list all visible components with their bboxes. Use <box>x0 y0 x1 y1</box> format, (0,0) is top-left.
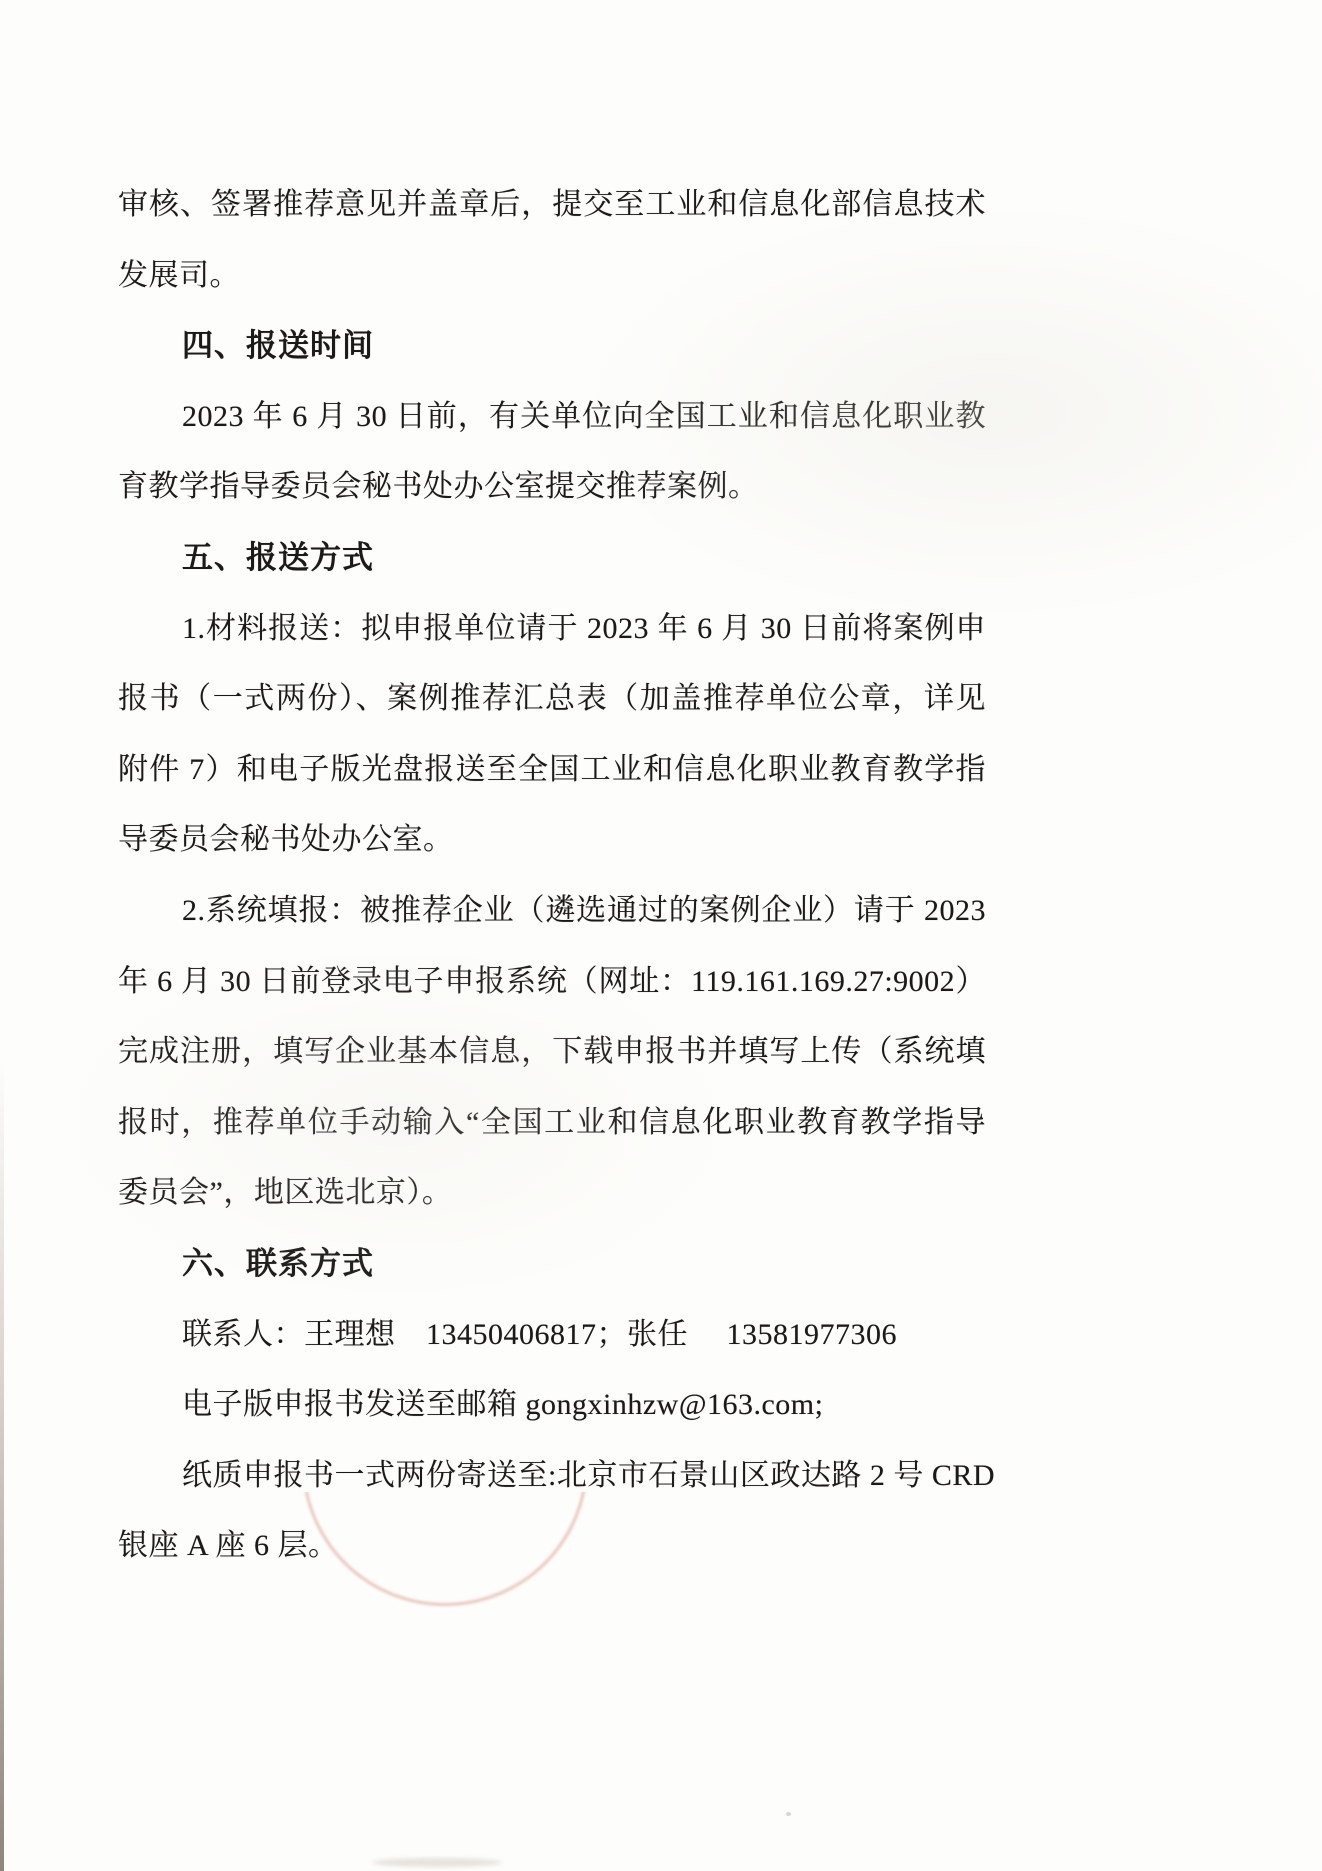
text-line: 年 6 月 30 日前登录电子申报系统（网址：119.161.169.27:90… <box>118 947 986 1018</box>
text-line: 2023 年 6 月 30 日前，有关单位向全国工业和信息化职业教 <box>118 382 986 453</box>
text-line: 完成注册，填写企业基本信息，下载申报书并填写上传（系统填 <box>118 1017 986 1088</box>
text-line: 导委员会秘书处办公室。 <box>118 805 986 876</box>
text-line: 发展司。 <box>118 241 986 312</box>
text-line: 银座 A 座 6 层。 <box>118 1511 986 1582</box>
text-line: 附件 7）和电子版光盘报送至全国工业和信息化职业教育教学指 <box>118 735 986 806</box>
text-line: 联系人：王理想 13450406817；张任 13581977306 <box>118 1300 986 1371</box>
text-line: 报时，推荐单位手动输入“全国工业和信息化职业教育教学指导 <box>118 1088 986 1159</box>
text-line: 报书（一式两份）、案例推荐汇总表（加盖推荐单位公章，详见 <box>118 664 986 735</box>
scan-edge-shadow <box>0 1060 4 1871</box>
text-line: 审核、签署推荐意见并盖章后，提交至工业和信息化部信息技术 <box>118 170 986 241</box>
text-line: 纸质申报书一式两份寄送至:北京市石景山区政达路 2 号 CRD <box>118 1441 986 1512</box>
document-page: 审核、签署推荐意见并盖章后，提交至工业和信息化部信息技术发展司。四、报送时间20… <box>0 0 1322 1871</box>
text-line: 委员会”，地区选北京）。 <box>118 1158 986 1229</box>
section-heading: 五、报送方式 <box>118 523 986 594</box>
text-line: 育教学指导委员会秘书处办公室提交推荐案例。 <box>118 452 986 523</box>
scan-speck <box>786 1812 791 1816</box>
text-line: 2.系统填报：被推荐企业（遴选通过的案例企业）请于 2023 <box>118 876 986 947</box>
text-line: 电子版申报书发送至邮箱 gongxinhzw@163.com; <box>118 1370 986 1441</box>
section-heading: 四、报送时间 <box>118 311 986 382</box>
scan-smudge <box>372 1858 502 1867</box>
document-text-block: 审核、签署推荐意见并盖章后，提交至工业和信息化部信息技术发展司。四、报送时间20… <box>118 170 986 1582</box>
text-line: 1.材料报送：拟申报单位请于 2023 年 6 月 30 日前将案例申 <box>118 594 986 665</box>
section-heading: 六、联系方式 <box>118 1229 986 1300</box>
